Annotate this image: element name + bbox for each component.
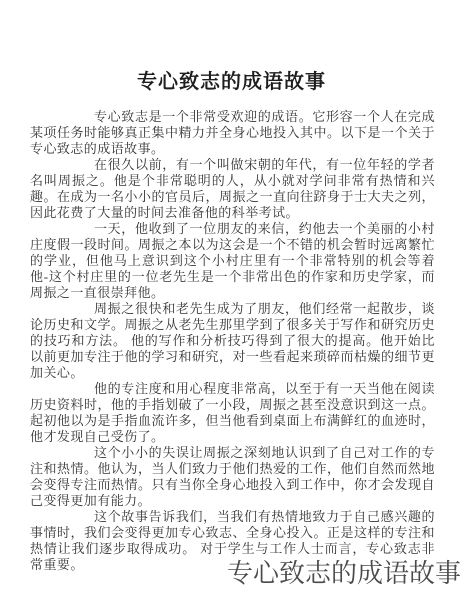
story-paragraph-injury: 他的专注度和用心程度非常高，以至于有一天当他在阅读历史资料时，他的手指划破了一小… <box>30 381 435 445</box>
document-title: 专心致志的成语故事 <box>0 70 463 94</box>
story-paragraph-realization: 这个小小的失误让周振之深刻地认识到了自己对工作的专注和热情。他认为，当人们致力于… <box>30 445 435 509</box>
document-page: 专心致志的成语故事 专心致志是一个非常受欢迎的成语。它形容一个人在完成某项任务时… <box>0 0 463 600</box>
document-body: 专心致志是一个非常受欢迎的成语。它形容一个人在完成某项任务时能够真正集中精力并全… <box>30 109 435 573</box>
story-paragraph-letter: 一天，他收到了一位朋友的来信，约他去一个美丽的小村庄度假一段时间。周振之本以为这… <box>30 221 435 301</box>
bottom-caption: 专心致志的成语故事 <box>227 556 461 590</box>
story-paragraph-background: 在很久以前，有一个叫做宋朝的年代，有一位年轻的学者名叫周振之。他是个非常聪明的人… <box>30 157 435 221</box>
story-paragraph-friendship: 周振之很快和老先生成为了朋友，他们经常一起散步，谈论历史和文学。周振之从老先生那… <box>30 301 435 381</box>
story-paragraph-intro: 专心致志是一个非常受欢迎的成语。它形容一个人在完成某项任务时能够真正集中精力并全… <box>30 109 435 157</box>
